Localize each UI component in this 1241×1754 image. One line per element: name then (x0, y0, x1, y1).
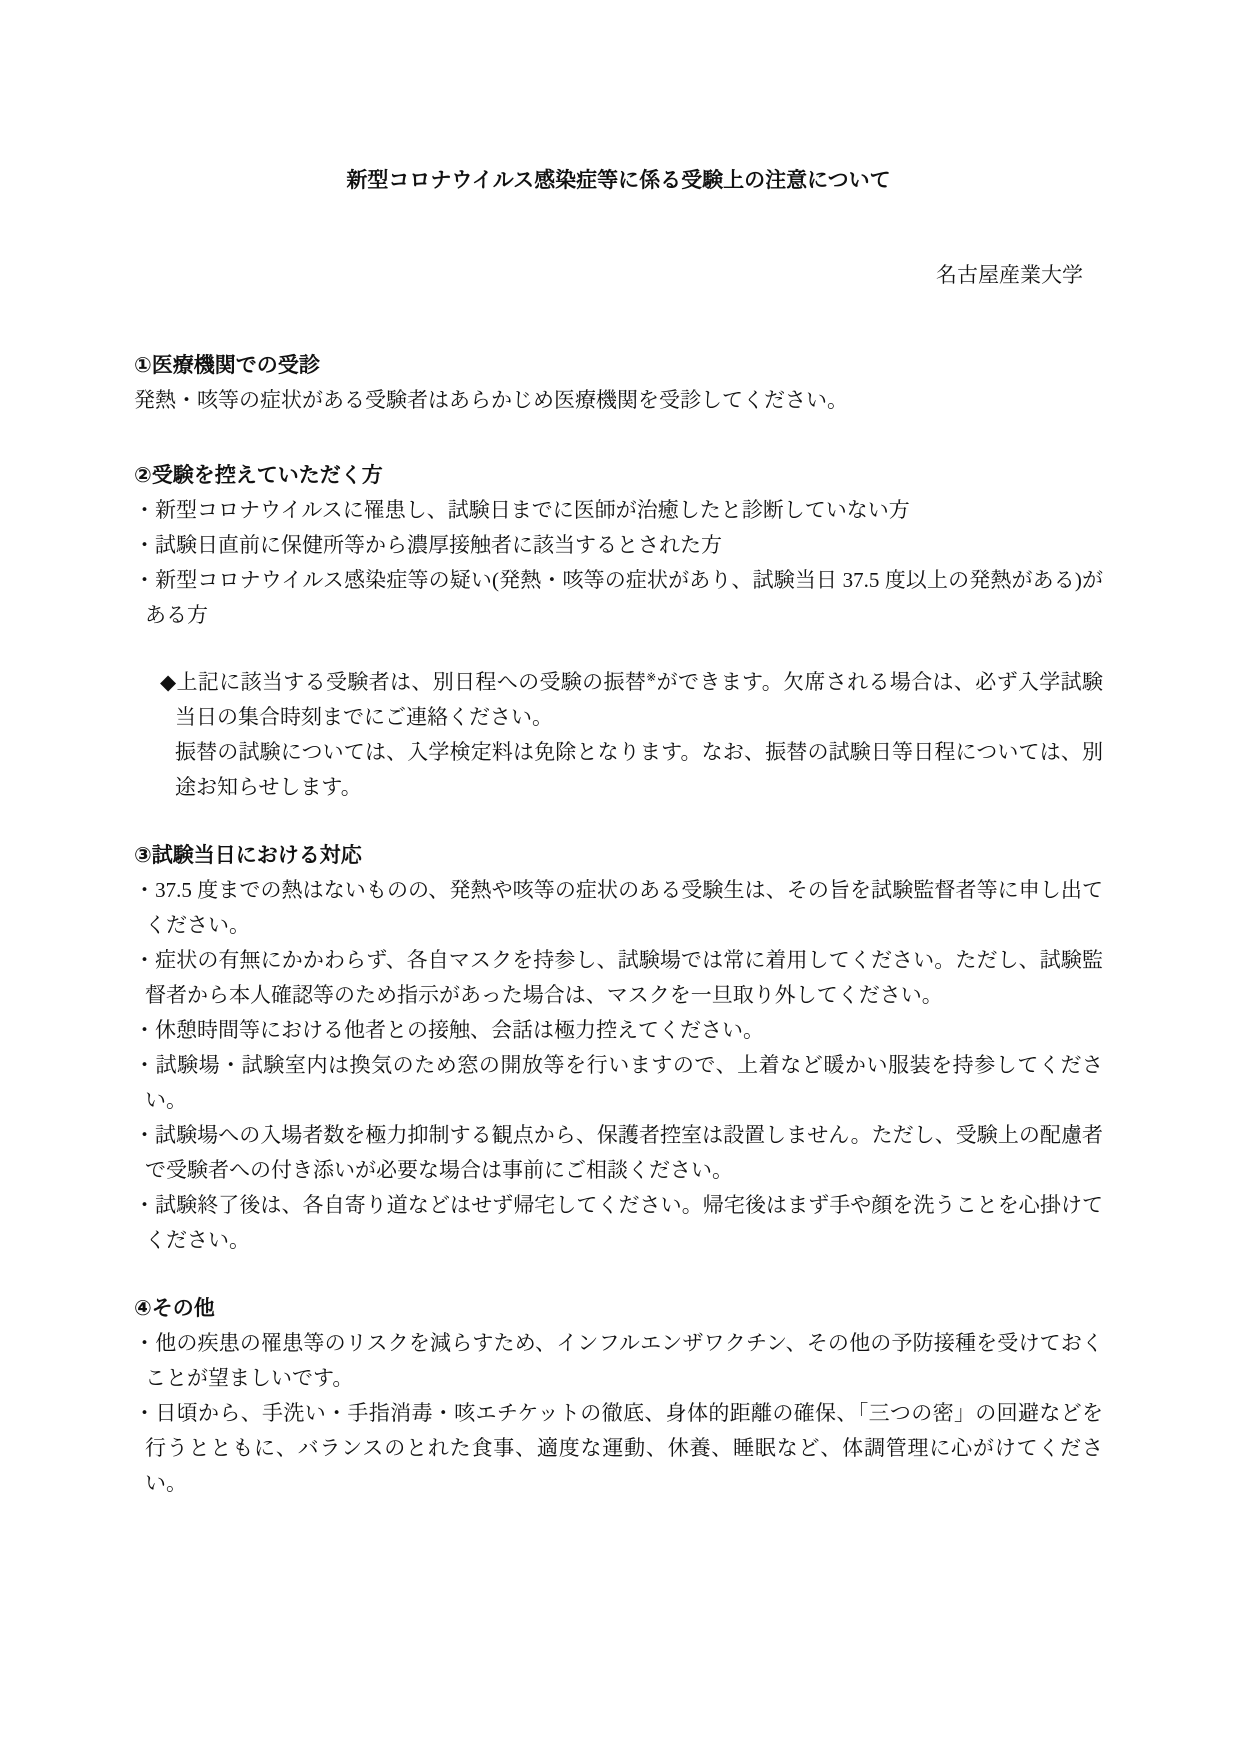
bullet-marker: ・ (134, 568, 155, 592)
section-2-heading: ②受験を控えていただく方 (134, 458, 1103, 493)
bullet-text: 新型コロナウイルスに罹患し、試験日までに医師が治癒したと診断していない方 (155, 498, 910, 522)
bullet-item: ・新型コロナウイルス感染症等の疑い(発熱・咳等の症状があり、試験当日 37.5 … (134, 563, 1103, 633)
bullet-marker: ・ (134, 1053, 156, 1077)
bullet-marker: ・ (134, 948, 155, 972)
bullet-item: ・試験場・試験室内は換気のため窓の開放等を行いますので、上着など暖かい服装を持参… (134, 1048, 1103, 1118)
bullet-text: 37.5 度までの熱はないものの、発熱や咳等の症状のある受験生は、その旨を試験監… (145, 878, 1103, 937)
bullet-marker: ・ (134, 878, 155, 902)
bullet-marker: ・ (134, 1123, 155, 1147)
bullet-marker: ・ (134, 533, 155, 557)
bullet-text: 新型コロナウイルス感染症等の疑い(発熱・咳等の症状があり、試験当日 37.5 度… (145, 568, 1103, 627)
note-line-1: ◆上記に該当する受験者は、別日程への受験の振替※ができます。欠席される場合は、必… (160, 665, 1103, 735)
section-others: ④その他 ・他の疾患の罹患等のリスクを減らすため、インフルエンザワクチン、その他… (134, 1291, 1103, 1501)
section-1-heading: ①医療機関での受診 (134, 348, 1103, 383)
document-page: 新型コロナウイルス感染症等に係る受験上の注意について 名古屋産業大学 ①医療機関… (0, 0, 1241, 1754)
section-4-heading: ④その他 (134, 1291, 1103, 1326)
bullet-text: 症状の有無にかかわらず、各自マスクを持参し、試験場では常に着用してください。ただ… (145, 948, 1103, 1007)
section-refrain-from-exam: ②受験を控えていただく方 ・新型コロナウイルスに罹患し、試験日までに医師が治癒し… (134, 458, 1103, 805)
document-title: 新型コロナウイルス感染症等に係る受験上の注意について (134, 163, 1103, 198)
bullet-text: 日頃から、手洗い・手指消毒・咳エチケットの徹底、身体的距離の確保、「三つの密」の… (145, 1401, 1103, 1495)
bullet-text: 試験場への入場者数を極力抑制する観点から、保護者控室は設置しません。ただし、受験… (145, 1123, 1103, 1182)
bullet-text: 試験日直前に保健所等から濃厚接触者に該当するとされた方 (155, 533, 722, 557)
bullet-item: ・試験終了後は、各自寄り道などはせず帰宅してください。帰宅後はまず手や顔を洗うこ… (134, 1188, 1103, 1258)
section-3-heading: ③試験当日における対応 (134, 838, 1103, 873)
bullet-item: ・他の疾患の罹患等のリスクを減らすため、インフルエンザワクチン、その他の予防接種… (134, 1326, 1103, 1396)
bullet-item: ・休憩時間等における他者との接触、会話は極力控えてください。 (134, 1013, 1103, 1048)
bullet-marker: ・ (134, 498, 155, 522)
note-text-pre: 上記に該当する受験者は、別日程への受験の振替 (177, 670, 647, 694)
organization-name: 名古屋産業大学 (134, 258, 1103, 293)
bullet-item: ・試験場への入場者数を極力抑制する観点から、保護者控室は設置しません。ただし、受… (134, 1118, 1103, 1188)
bullet-item: ・試験日直前に保健所等から濃厚接触者に該当するとされた方 (134, 528, 1103, 563)
bullet-text: 試験終了後は、各自寄り道などはせず帰宅してください。帰宅後はまず手や顔を洗うこと… (145, 1193, 1103, 1252)
section-medical-consultation: ①医療機関での受診 発熱・咳等の症状がある受験者はあらかじめ医療機関を受診してく… (134, 348, 1103, 418)
bullet-item: ・日頃から、手洗い・手指消毒・咳エチケットの徹底、身体的距離の確保、「三つの密」… (134, 1396, 1103, 1501)
bullet-marker: ・ (134, 1018, 155, 1042)
bullet-text: 休憩時間等における他者との接触、会話は極力控えてください。 (155, 1018, 764, 1042)
transfer-note: ◆上記に該当する受験者は、別日程への受験の振替※ができます。欠席される場合は、必… (160, 665, 1103, 805)
section-1-body: 発熱・咳等の症状がある受験者はあらかじめ医療機関を受診してください。 (134, 383, 1103, 418)
bullet-marker: ・ (134, 1401, 155, 1425)
bullet-marker: ・ (134, 1331, 155, 1355)
bullet-text: 他の疾患の罹患等のリスクを減らすため、インフルエンザワクチン、その他の予防接種を… (145, 1331, 1103, 1390)
bullet-item: ・37.5 度までの熱はないものの、発熱や咳等の症状のある受験生は、その旨を試験… (134, 873, 1103, 943)
bullet-marker: ・ (134, 1193, 155, 1217)
bullet-text: 試験場・試験室内は換気のため窓の開放等を行いますので、上着など暖かい服装を持参し… (145, 1053, 1103, 1112)
diamond-marker: ◆ (160, 670, 177, 694)
section-exam-day-measures: ③試験当日における対応 ・37.5 度までの熱はないものの、発熱や咳等の症状のあ… (134, 838, 1103, 1258)
bullet-item: ・症状の有無にかかわらず、各自マスクを持参し、試験場では常に着用してください。た… (134, 943, 1103, 1013)
note-line-2: 振替の試験については、入学検定料は免除となります。なお、振替の試験日等日程につい… (160, 735, 1103, 805)
bullet-item: ・新型コロナウイルスに罹患し、試験日までに医師が治癒したと診断していない方 (134, 493, 1103, 528)
reference-mark: ※ (646, 670, 656, 684)
